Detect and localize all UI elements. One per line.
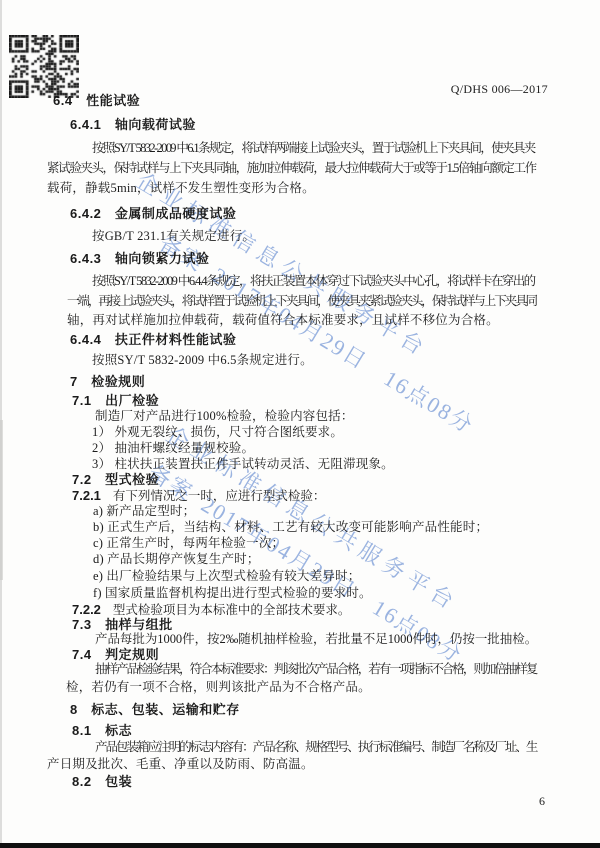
section-heading: 8.2 包装 xyxy=(72,774,132,789)
body-text-line: 1） 外观无裂纹、损伤，尺寸符合图纸要求。 xyxy=(92,425,343,440)
body-text-line: f) 国家质量监督机构提出进行型式检验的要求时。 xyxy=(93,586,372,601)
body-text-line: c) 正常生产时，每两年检验一次； xyxy=(93,536,284,551)
body-text-line: 紧试验夹头，保持试样与上下夹具同轴，施加拉伸载荷，最大拉伸载荷大于或等于1.5倍… xyxy=(47,161,536,176)
body-text-line: 抽样产品检验结果，符合本标准要求：判该批次产品合格，若有一项指标不合格，则加倍抽… xyxy=(95,662,536,677)
body-text-line: 按GB/T 231.1有关规定进行。 xyxy=(92,229,255,244)
section-heading: 6.4.4 扶正件材料性能试验 xyxy=(70,332,236,347)
section-heading: 7.3 抽样与组批 xyxy=(72,617,173,632)
body-text-line: 制造厂对产品进行100%检验，检验内容包括： xyxy=(95,409,354,424)
section-heading: 8.1 标志 xyxy=(72,723,132,738)
body-text-line: e) 出厂检验结果与上次型式检验有较大差异时； xyxy=(93,569,360,584)
section-heading: 7 检验规则 xyxy=(70,374,145,389)
body-text-line: a) 新产品定型时； xyxy=(93,504,195,519)
body-text-line: 一端，再接上试验夹头，将试样置于试验机上下夹具间，使夹具夹紧试验夹头，保持试样与… xyxy=(67,294,536,309)
body-text-line: d) 产品长期停产恢复生产时； xyxy=(93,552,260,567)
body-text-line: 产品每批为1000件，按2‰随机抽样检验，若批量不足1000件时，仍按一批抽检。 xyxy=(95,632,537,647)
section-heading: 7.1 出厂检验 xyxy=(72,393,159,408)
body-text-line: 产品包装箱应注明的标志内容有：产品名称、规格型号、执行标准编号、制造厂名称及厂址… xyxy=(95,740,536,755)
section-heading: 6.4.2 金属制成品硬度试验 xyxy=(70,206,236,221)
body-text-line: 载荷，静载5min，试样不发生塑性变形为合格。 xyxy=(47,181,315,196)
section-heading: 6.4.3 轴向锁紧力试验 xyxy=(70,251,209,266)
section-heading: 8 标志、包装、运输和贮存 xyxy=(70,702,240,717)
body-text-line: b) 正式生产后，当结构、材料、工艺有较大改变可能影响产品性能时； xyxy=(93,520,488,535)
clause-number: 7.2.1 xyxy=(72,488,101,503)
clause-number: 7.2.2 xyxy=(72,602,101,617)
body-text-line: 轴，再对试样施加拉伸载荷，载荷值符合本标准要求，且试样不移位为合格。 xyxy=(67,313,499,328)
section-heading: 6.4.1 轴向载荷试验 xyxy=(70,117,196,132)
body-text-line: 按照SY/T 5832-2009 中6.5条规定进行。 xyxy=(92,353,313,368)
body-text-line: 2） 抽油杆螺纹经量规校验。 xyxy=(92,441,254,456)
section-heading: 7.4 判定规则 xyxy=(72,647,159,662)
body-text-line: 按照SY/T 5832-2009 中6.4.4条规定，将扶正装置本体穿过下试验夹… xyxy=(92,274,535,289)
clause-line: 7.2.2型式检验项目为本标准中的全部技术要求。 xyxy=(72,602,350,618)
document-body: 6.4 性能试验6.4.1 轴向载荷试验按照SY/T 5832-2009 中6.… xyxy=(0,0,600,848)
section-heading: 7.2 型式检验 xyxy=(72,472,159,487)
document-page: Q/DHS 006—2017 6.4 性能试验6.4.1 轴向载荷试验按照SY/… xyxy=(0,0,600,848)
qr-code xyxy=(9,35,79,98)
body-text-line: 产日期及批次、毛重、净重以及防雨、防高温。 xyxy=(47,757,314,772)
clause-line: 7.2.1有下列情况之一时，应进行型式检验： xyxy=(72,488,325,504)
body-text-line: 3） 柱状扶正装置扶正件手试转动灵活、无阻滞现象。 xyxy=(92,457,394,472)
body-text-line: 按照SY/T 5832-2009 中6.1条规定，将试样两端接上试验夹头，置于试… xyxy=(92,141,535,156)
body-text-line: 检，若仍有一项不合格，则判该批产品为不合格产品。 xyxy=(66,680,371,695)
